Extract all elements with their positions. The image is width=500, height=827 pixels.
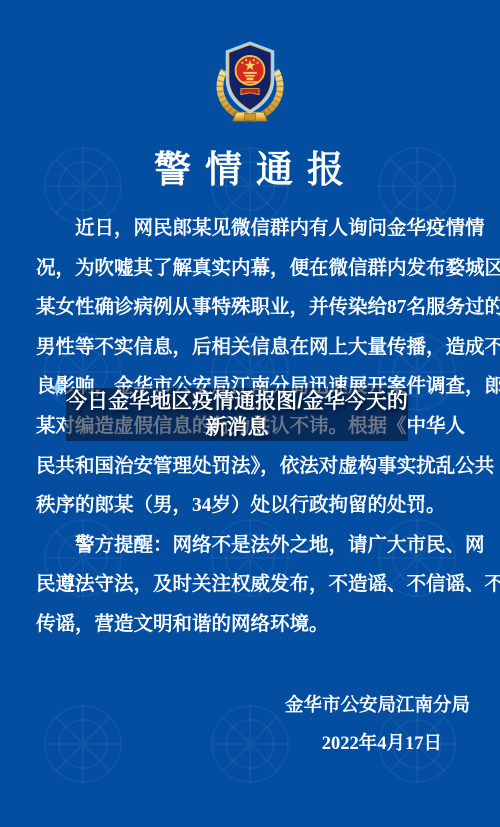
sparkle-icon [48, 379, 66, 397]
body-line: 男性等不实信息，后相关信息在网上大量传播，造成不 [36, 328, 466, 368]
body-line: 近日，网民郎某见微信群内有人询问金华疫情情 [36, 209, 466, 249]
caption-overlay-text: 今日金华地区疫情通报图/金华今天的新消息 [66, 389, 408, 441]
notice-title: 警情通报 [0, 139, 500, 193]
body-line: 民遵法守法，及时关注权威发布，不造谣、不信谣、不 [36, 565, 466, 605]
police-emblem-icon [212, 40, 288, 125]
issuing-agency: 金华市公安局江南分局 [285, 691, 470, 717]
caption-overlay-box: 今日金华地区疫情通报图/金华今天的新消息 [66, 388, 408, 441]
body-line: 况，为吹嘘其了解真实内幕，便在微信群内发布婺城区 [36, 249, 466, 289]
body-line: 传谣，营造文明和谐的网络环境。 [36, 605, 466, 645]
body-line: 秩序的郎某（男，34岁）处以行政拘留的处罚。 [36, 486, 466, 526]
body-line: 某女性确诊病例从事特殊职业，并传染给87名服务过的 [36, 288, 466, 328]
notice-date: 2022年4月17日 [322, 729, 442, 755]
police-notice-poster: 警情通报 近日，网民郎某见微信群内有人询问金华疫情情 况，为吹嘘其了解真实内幕，… [0, 0, 500, 827]
body-line: 警方提醒：网络不是法外之地，请广大市民、网 [36, 526, 466, 566]
body-line: 民共和国治安管理处罚法》，依法对虚构事实扰乱公共 [36, 447, 466, 487]
